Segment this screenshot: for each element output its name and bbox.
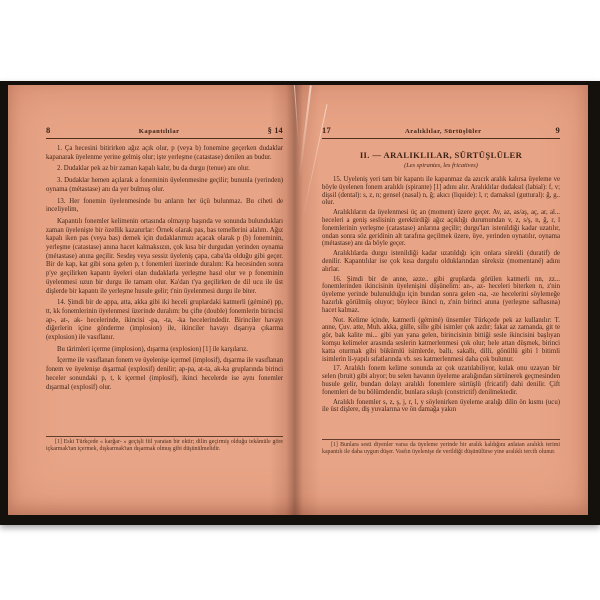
paragraph: Bu tärimleri içerme (implosion), dışarma…	[46, 346, 283, 355]
page-right: 17 Aralıklılar, Sürtüşlüler 9 II. — ARAL…	[295, 85, 588, 515]
book-cover: 8 Kapantılılar § 14 1. Ça hecesini bitir…	[0, 81, 600, 525]
page-right-body: 15. Üyeleniş yeri tam bir kapantı ile ka…	[322, 176, 560, 438]
footnote: [1] Bunlara sesti diyenler varsa da üyel…	[322, 442, 560, 456]
section-subtitle: (Les spirantes, les fricatives)	[322, 162, 560, 169]
paragraph: 13. Her fonemin üyelenmesinde bu anların…	[46, 198, 283, 215]
paragraph: Kapantılı fonemler kelimenin ortasında o…	[46, 218, 283, 296]
paragraph: Not. Kelime içinde, katmerli (géminé) ün…	[322, 317, 560, 364]
footnote-divider	[322, 439, 560, 440]
footnote-block-left: [1] Eski Türkçede « karğar- » geçişli fi…	[46, 436, 283, 453]
paragraph: Aralıklılarda durgu istenildiği kadar uz…	[322, 250, 560, 273]
running-title-right: Aralıklılar, Sürtüşlüler	[405, 128, 482, 135]
book-spread: 8 Kapantılılar § 14 1. Ça hecesini bitir…	[8, 85, 588, 515]
paragraph: İçerme ile vasıflanan fonem ve üyelenişe…	[46, 357, 283, 392]
page-left-body: 1. Ça hecesini bitirirken ağız açık olur…	[46, 145, 283, 438]
paragraph: 14. Şimdi bir de appa, atta, akka gibi i…	[46, 299, 283, 343]
paragraph: 15. Üyeleniş yeri tam bir kapantı ile ka…	[322, 176, 560, 207]
page-number-inner: 17	[322, 125, 331, 135]
page-number-right: 9	[555, 125, 560, 135]
section-title: II. — ARALIKLILAR, SÜRTÜŞLÜLER	[322, 150, 560, 160]
page-number-left: 8	[46, 125, 51, 135]
page-right-header: 17 Aralıklılar, Sürtüşlüler 9	[322, 125, 560, 139]
footnote-block-right: [1] Bunlara sesti diyenler varsa da üyel…	[322, 439, 560, 456]
paragraph: 2. Dudaklar pek az bir zaman kapalı kalı…	[46, 165, 283, 174]
paragraph: 16. Şimdi bir de anne, azze.. gibi grupl…	[322, 276, 560, 315]
footnote: [1] Eski Türkçede « karğar- » geçişli fi…	[46, 439, 283, 453]
footnote-divider	[46, 436, 283, 437]
paragraph: 3. Dudaklar hemen açılarak a foneminin ü…	[46, 177, 283, 194]
page-left-header: 8 Kapantılılar § 14	[46, 125, 283, 139]
paragraph: Aralıklı fonemler s, z, ş, j, r, l, y sö…	[322, 399, 560, 415]
page-left: 8 Kapantılılar § 14 1. Ça hecesini bitir…	[8, 85, 295, 515]
scanned-book-photo: 8 Kapantılılar § 14 1. Ça hecesini bitir…	[0, 0, 600, 600]
running-title-left: Kapantılılar	[139, 128, 180, 135]
paragraph: 1. Ça hecesini bitirirken ağız açık olur…	[46, 145, 283, 162]
section-reference: § 14	[268, 126, 283, 135]
paragraph: Aralıklıların da üyelenmesi üç an (momen…	[322, 209, 560, 248]
paragraph: 17. Aralıklı fonem kelime sonunda az çok…	[322, 365, 560, 396]
